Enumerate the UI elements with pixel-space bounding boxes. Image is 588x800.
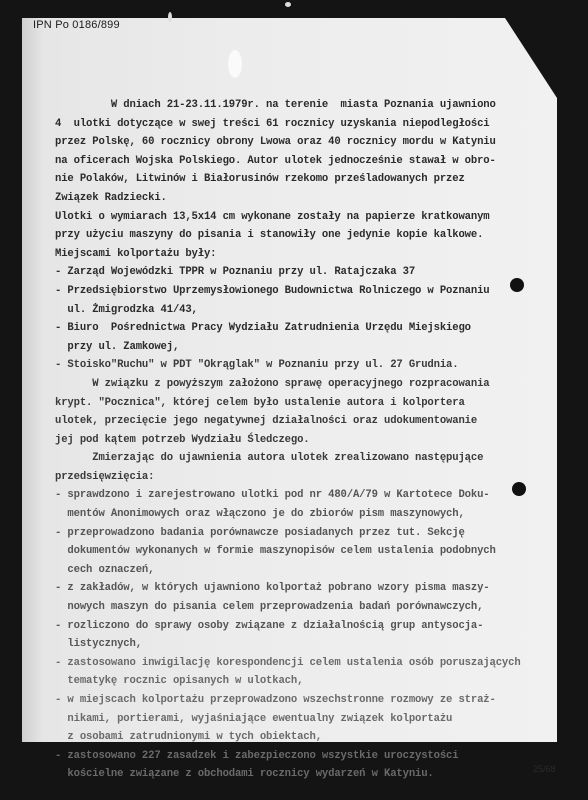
text-line: W związku z powyższym założono sprawę op… [55, 375, 545, 394]
text-line: - zastosowano 227 zasadzek i zabezpieczo… [55, 747, 545, 766]
text-line: ul. Żmigrodzka 41/43, [55, 301, 545, 320]
text-line: przy użyciu maszyny do pisania i stanowi… [55, 226, 545, 245]
text-line: - Biuro Pośrednictwa Pracy Wydziału Zatr… [55, 319, 545, 338]
archive-reference: IPN Po 0186/899 [33, 19, 120, 31]
dust-speck [228, 50, 242, 78]
text-line: - zastosowano inwigilację korespondencji… [55, 654, 545, 673]
text-line: Zmierzając do ujawnienia autora ulotek z… [55, 449, 545, 468]
archive-page-number: 25/68 [533, 764, 556, 774]
typewritten-text: W dniach 21-23.11.1979r. na terenie mias… [55, 96, 545, 784]
text-line: kościelne związane z obchodami rocznicy … [55, 765, 545, 784]
dust-speck [285, 2, 291, 7]
text-line: - z zakładów, w których ujawniono kolpor… [55, 579, 545, 598]
text-line: dokumentów wykonanych w formie maszynopi… [55, 542, 545, 561]
text-line: przedsięwzięcia: [55, 468, 545, 487]
text-line: W dniach 21-23.11.1979r. na terenie mias… [55, 96, 545, 115]
text-line: z osobami zatrudnionymi w tych obiektach… [55, 728, 545, 747]
text-line: - rozliczono do sprawy osoby związane z … [55, 617, 545, 636]
text-line: jej pod kątem potrzeb Wydziału Śledczego… [55, 431, 545, 450]
dust-speck [168, 12, 172, 22]
text-line: Związek Radziecki. [55, 189, 545, 208]
text-line: - Stoisko"Ruchu" w PDT "Okrąglak" w Pozn… [55, 356, 545, 375]
text-line: - Przedsiębiorstwo Uprzemysłowionego Bud… [55, 282, 545, 301]
text-line: nie Polaków, Litwinów i Białorusinów rze… [55, 170, 545, 189]
text-line: na oficerach Wojska Polskiego. Autor ulo… [55, 152, 545, 171]
text-line: przy ul. Zamkowej, [55, 338, 545, 357]
text-line: Miejscami kolportażu były: [55, 245, 545, 264]
text-line: listycznych, [55, 635, 545, 654]
text-line: - sprawdzono i zarejestrowano ulotki pod… [55, 486, 545, 505]
text-line: - w miejscach kolportażu przeprowadzono … [55, 691, 545, 710]
punch-hole [512, 482, 526, 496]
text-line: - Zarząd Wojewódzki TPPR w Poznaniu przy… [55, 263, 545, 282]
punch-hole [510, 278, 524, 292]
text-line: cech oznaczeń, [55, 561, 545, 580]
text-line: mentów Anonimowych oraz włączono je do z… [55, 505, 545, 524]
text-line: ulotek, przecięcie jego negatywnej dział… [55, 412, 545, 431]
text-line: Ulotki o wymiarach 13,5x14 cm wykonane z… [55, 208, 545, 227]
text-line: nikami, portierami, wyjaśniające ewentua… [55, 710, 545, 729]
text-line: tematykę rocznic opisanych w ulotkach, [55, 672, 545, 691]
text-line: 4 ulotki dotyczące w swej treści 61 rocz… [55, 115, 545, 134]
text-line: przez Polskę, 60 rocznicy obrony Lwowa o… [55, 133, 545, 152]
text-line: - przeprowadzono badania porównawcze pos… [55, 524, 545, 543]
text-line: krypt. "Pocznica", której celem było ust… [55, 394, 545, 413]
text-line: nowych maszyn do pisania celem przeprowa… [55, 598, 545, 617]
